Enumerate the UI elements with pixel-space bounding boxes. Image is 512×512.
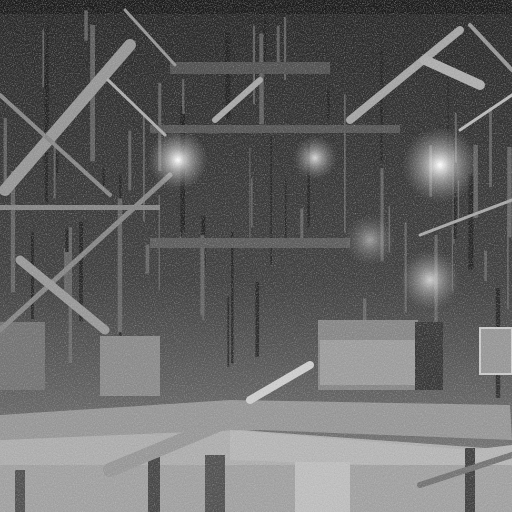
abstract-artwork: [0, 0, 512, 512]
artwork-canvas: [0, 0, 512, 512]
scene-layer: [0, 0, 512, 512]
